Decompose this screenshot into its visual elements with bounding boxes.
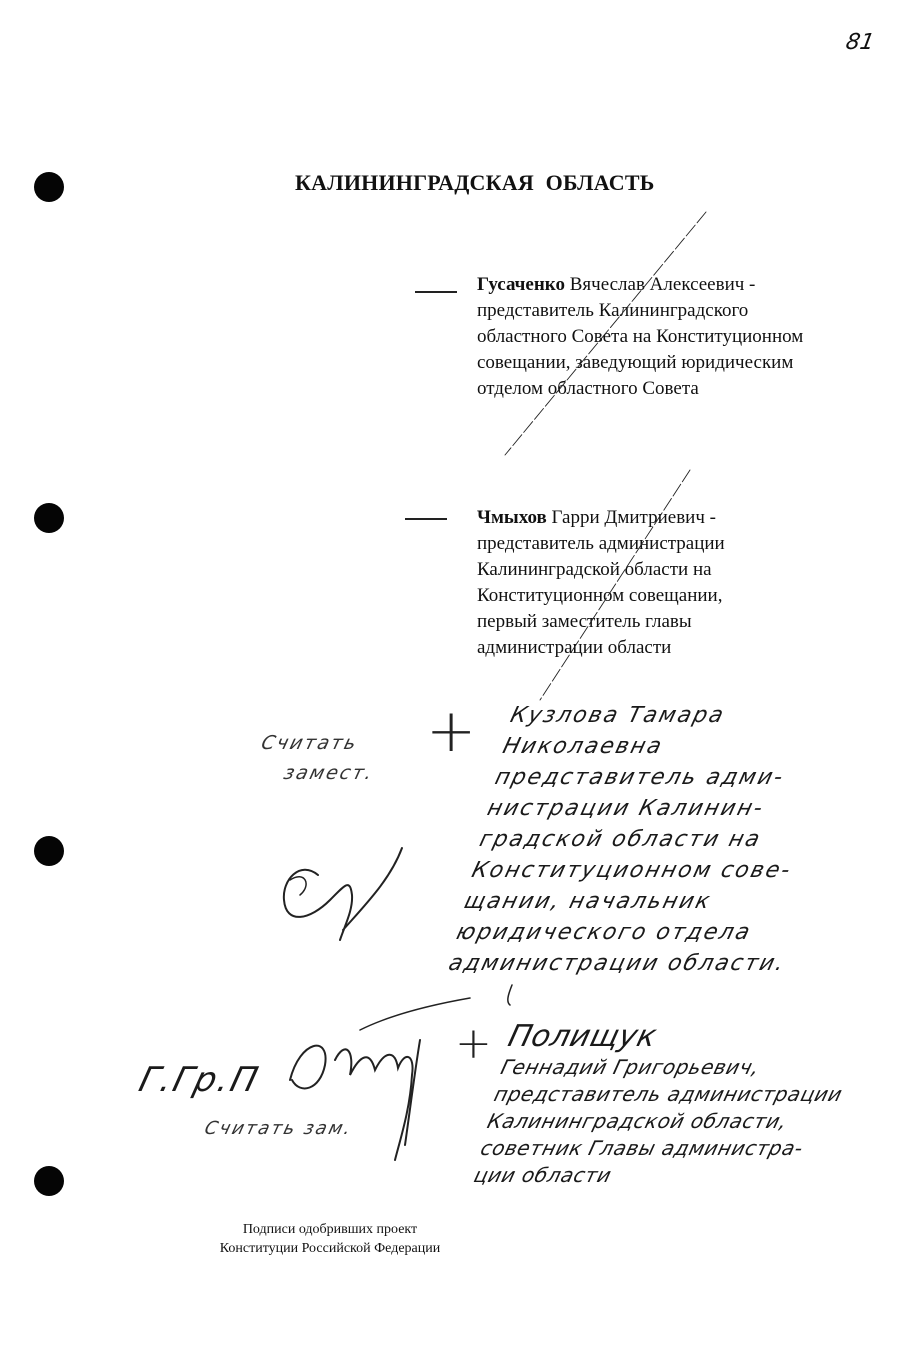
handwritten-line: Геннадий Григорьевич, <box>498 1054 900 1081</box>
handwritten-note-line: Считать <box>258 728 425 758</box>
footer-caption: Подписи одобривших проект Конституции Ро… <box>150 1220 510 1258</box>
punch-hole <box>34 503 64 533</box>
handwritten-line: Калининградской области, <box>484 1108 900 1135</box>
handwritten-line: администрации области. <box>445 948 883 979</box>
entry-dash <box>405 518 447 520</box>
handwritten-entry-kuzlova: Кузлова Тамара Николаевна представитель … <box>445 700 900 979</box>
delegate-surname: Гусаченко <box>477 274 565 295</box>
handwritten-note-line: замест. <box>251 758 418 788</box>
delegate-description: Гарри Дмитриевич - представитель админис… <box>477 507 725 658</box>
delegate-surname: Чмыхов <box>477 507 547 528</box>
plus-mark: + <box>455 1018 492 1069</box>
handwritten-entry-polishchuk: Полищук Геннадий Григорьевич, представит… <box>471 1020 900 1189</box>
handwritten-line: ции области <box>471 1162 898 1189</box>
handwritten-line: градской области на <box>476 824 900 855</box>
handwritten-line: Николаевна <box>499 731 900 762</box>
handwritten-line: юридического отдела <box>453 917 891 948</box>
punch-hole <box>34 836 64 866</box>
handwritten-line: Конституционном сове- <box>468 855 900 886</box>
delegate-entry-gusachenko: Гусаченко Вячеслав Алексеевич - представ… <box>477 272 837 402</box>
page-title: КАЛИНИНГРАДСКАЯ ОБЛАСТЬ <box>295 170 654 196</box>
punch-hole <box>34 172 64 202</box>
handwritten-line: щании, начальник <box>461 886 899 917</box>
page-number: 81 <box>844 30 876 55</box>
delegate-entry-chmykhov: Чмыхов Гарри Дмитриевич - представитель … <box>477 505 777 661</box>
handwritten-line: нистрации Калинин- <box>484 793 900 824</box>
handwritten-line: представитель адми- <box>492 762 900 793</box>
footer-line: Подписи одобривших проект <box>150 1220 510 1239</box>
plus-mark: + <box>426 696 476 766</box>
entry-dash <box>415 291 457 293</box>
footer-line: Конституции Российской Федерации <box>150 1239 510 1258</box>
handwritten-line: советник Главы администра- <box>478 1135 900 1162</box>
handwritten-note: Считать замест. <box>251 728 426 788</box>
signature-initials: Г.Гр.П <box>135 1060 264 1100</box>
punch-hole <box>34 1166 64 1196</box>
handwritten-note: Считать зам. <box>202 1118 467 1139</box>
handwritten-line: представитель администрации <box>491 1081 900 1108</box>
handwritten-line: Кузлова Тамара <box>507 700 900 731</box>
handwritten-line: Полищук <box>505 1020 900 1054</box>
